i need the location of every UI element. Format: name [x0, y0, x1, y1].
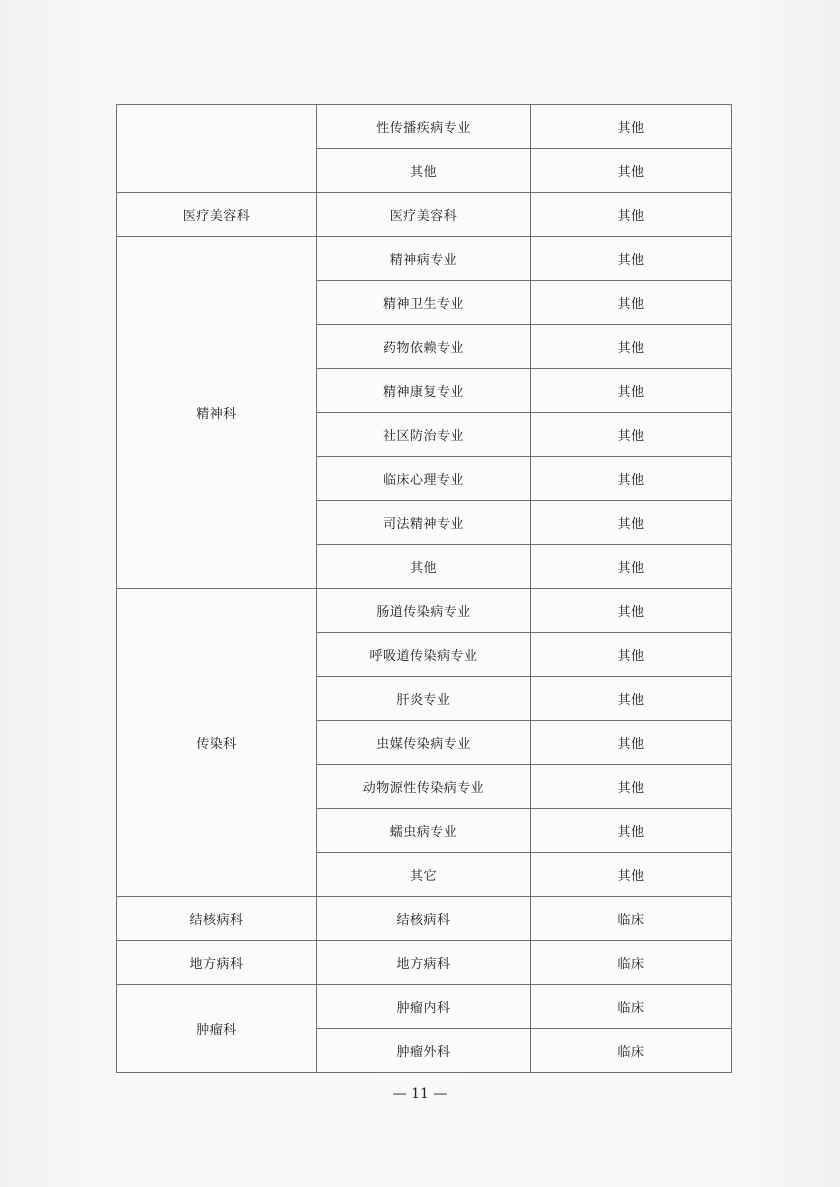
specialty-cell: 其他 [317, 149, 531, 193]
category-cell: 其他 [531, 721, 732, 765]
page-number: — 11 — [0, 1086, 840, 1102]
department-cell: 医疗美容科 [117, 193, 317, 237]
category-cell: 其他 [531, 413, 732, 457]
department-cell: 传染科 [117, 589, 317, 897]
specialty-cell: 药物依赖专业 [317, 325, 531, 369]
category-cell: 临床 [531, 1029, 732, 1073]
category-cell: 其他 [531, 853, 732, 897]
specialty-cell: 呼吸道传染病专业 [317, 633, 531, 677]
specialty-cell: 精神病专业 [317, 237, 531, 281]
table-row: 医疗美容科 医疗美容科 其他 [117, 193, 732, 237]
category-cell: 其他 [531, 281, 732, 325]
table-row: 传染科 肠道传染病专业 其他 [117, 589, 732, 633]
specialty-cell: 临床心理专业 [317, 457, 531, 501]
department-cell [117, 105, 317, 193]
category-cell: 临床 [531, 897, 732, 941]
specialty-cell: 精神康复专业 [317, 369, 531, 413]
category-cell: 其他 [531, 765, 732, 809]
specialty-cell: 肠道传染病专业 [317, 589, 531, 633]
specialty-cell: 司法精神专业 [317, 501, 531, 545]
category-cell: 其他 [531, 457, 732, 501]
category-cell: 其他 [531, 677, 732, 721]
document-page: 性传播疾病专业 其他 其他 其他 医疗美容科 医疗美容科 其他 精神科 精神病专… [0, 0, 840, 1187]
category-cell: 其他 [531, 193, 732, 237]
specialty-cell: 精神卫生专业 [317, 281, 531, 325]
category-cell: 其他 [531, 105, 732, 149]
table-row: 地方病科 地方病科 临床 [117, 941, 732, 985]
specialty-cell: 结核病科 [317, 897, 531, 941]
category-cell: 临床 [531, 941, 732, 985]
specialty-cell: 其他 [317, 545, 531, 589]
department-cell: 结核病科 [117, 897, 317, 941]
specialty-cell: 社区防治专业 [317, 413, 531, 457]
specialty-cell: 地方病科 [317, 941, 531, 985]
category-cell: 其他 [531, 237, 732, 281]
category-cell: 其他 [531, 633, 732, 677]
specialty-cell: 肿瘤内科 [317, 985, 531, 1029]
category-cell: 其他 [531, 589, 732, 633]
department-cell: 肿瘤科 [117, 985, 317, 1073]
specialty-cell: 其它 [317, 853, 531, 897]
specialty-cell: 性传播疾病专业 [317, 105, 531, 149]
specialty-table: 性传播疾病专业 其他 其他 其他 医疗美容科 医疗美容科 其他 精神科 精神病专… [116, 104, 732, 1073]
category-cell: 其他 [531, 369, 732, 413]
category-cell: 临床 [531, 985, 732, 1029]
specialty-cell: 动物源性传染病专业 [317, 765, 531, 809]
table-row: 结核病科 结核病科 临床 [117, 897, 732, 941]
specialty-cell: 肝炎专业 [317, 677, 531, 721]
specialty-cell: 医疗美容科 [317, 193, 531, 237]
category-cell: 其他 [531, 501, 732, 545]
department-cell: 精神科 [117, 237, 317, 589]
specialty-cell: 虫媒传染病专业 [317, 721, 531, 765]
specialty-cell: 蠕虫病专业 [317, 809, 531, 853]
category-cell: 其他 [531, 149, 732, 193]
specialty-cell: 肿瘤外科 [317, 1029, 531, 1073]
category-cell: 其他 [531, 545, 732, 589]
table-row: 肿瘤科 肿瘤内科 临床 [117, 985, 732, 1029]
table-row: 精神科 精神病专业 其他 [117, 237, 732, 281]
table-row: 性传播疾病专业 其他 [117, 105, 732, 149]
department-cell: 地方病科 [117, 941, 317, 985]
category-cell: 其他 [531, 325, 732, 369]
category-cell: 其他 [531, 809, 732, 853]
